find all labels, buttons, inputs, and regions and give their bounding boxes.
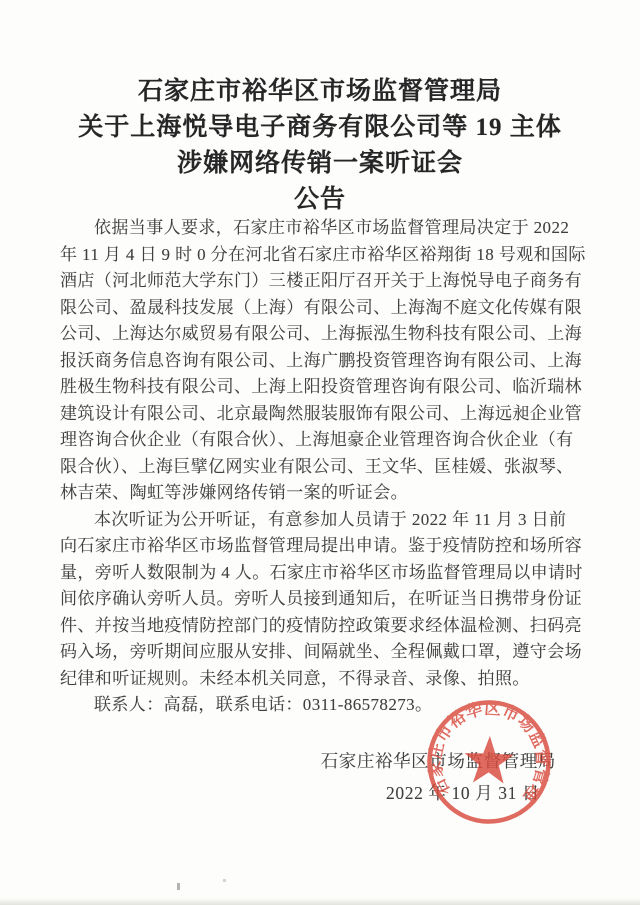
body-line: 向石家庄市裕华区市场监督管理局提出申请。鉴于疫情防控和场所容 — [60, 533, 582, 560]
title-line-subject-1: 关于上海悦导电子商务有限公司等 19 主体 — [60, 110, 580, 146]
body-line: 酒店（河北师范大学东门）三楼正阳厅召开关于上海悦导电子商务有 — [60, 268, 582, 295]
paragraph-attendance-rules: 本次听证为公开听证，有意参加人员请于 2022 年 11 月 3 日前 向石家庄… — [60, 507, 582, 693]
issuer-signature: 石家庄裕华区市场监督管理局 — [321, 748, 556, 773]
contact-line: 联系人：高磊，联系电话：0311-86578273。 — [60, 692, 582, 719]
body-line: 量，旁听人数限制为 4 人。石家庄市裕华区市场监督管理局以申请时 — [60, 560, 582, 587]
issue-date: 2022 年 10 月 31 日 — [386, 780, 540, 805]
scan-speck — [177, 883, 180, 890]
body-line: 依据当事人要求，石家庄市裕华区市场监督管理局决定于 2022 — [60, 215, 582, 242]
body-line: 件、并按当地疫情防控部门的疫情防控政策要求经体温检测、扫码亮 — [60, 613, 582, 640]
title-line-subject-2: 涉嫌网络传销一案听证会 — [60, 146, 580, 182]
title-line-doc-type: 公告 — [60, 182, 580, 218]
body-line: 建筑设计有限公司、北京最陶然服装服饰有限公司、上海远昶企业管 — [60, 401, 582, 428]
body-line: 间依序确认旁听人员。旁听人员接到通知后，在听证当日携带身份证 — [60, 586, 582, 613]
body-line: 限公司、盈晟科技发展（上海）有限公司、上海淘不庭文化传媒有限 — [60, 295, 582, 322]
scanned-notice-page: 石家庄市裕华区市场监督管理局 关于上海悦导电子商务有限公司等 19 主体 涉嫌网… — [0, 0, 640, 905]
body-line: 理咨询合伙企业（有限合伙）、上海旭豪企业管理咨询合伙企业（有 — [60, 427, 582, 454]
body-line: 限合伙）、上海巨擘亿网实业有限公司、王文华、匡桂媛、张淑琴、 — [60, 454, 582, 481]
title-line-authority: 石家庄市裕华区市场监督管理局 — [60, 74, 580, 110]
body-line: 码入场，旁听期间应服从安排、间隔就坐、全程佩戴口罩，遵守会场 — [60, 639, 582, 666]
body-line: 林吉荣、陶虹等涉嫌网络传销一案的听证会。 — [60, 480, 582, 507]
notice-title: 石家庄市裕华区市场监督管理局 关于上海悦导电子商务有限公司等 19 主体 涉嫌网… — [60, 74, 580, 218]
body-line: 胜极生物科技有限公司、上海上阳投资管理咨询有限公司、临沂瑞林 — [60, 374, 582, 401]
scan-speck — [223, 879, 226, 882]
body-line: 公司、上海达尔威贸易有限公司、上海振泓生物科技有限公司、上海 — [60, 321, 582, 348]
body-line: 本次听证为公开听证，有意参加人员请于 2022 年 11 月 3 日前 — [60, 507, 582, 534]
body-line: 纪律和听证规则。未经本机关同意，不得录音、录像、拍照。 — [60, 666, 582, 693]
body-line: 年 11 月 4 日 9 时 0 分在河北省石家庄市裕华区裕翔街 18 号观和国… — [60, 242, 582, 269]
body-line: 报沃商务信息咨询有限公司、上海广鹏投资管理咨询有限公司、上海 — [60, 348, 582, 375]
scan-edge-shadow — [0, 898, 640, 905]
paragraph-hearing-info: 依据当事人要求，石家庄市裕华区市场监督管理局决定于 2022 年 11 月 4 … — [60, 215, 582, 507]
notice-body: 依据当事人要求，石家庄市裕华区市场监督管理局决定于 2022 年 11 月 4 … — [60, 215, 582, 719]
